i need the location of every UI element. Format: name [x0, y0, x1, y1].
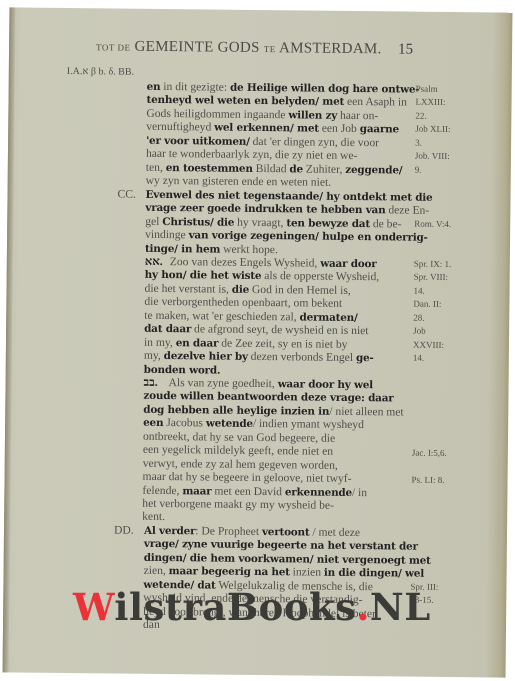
paragraph-cc: Evenwel des niet tegenstaande/ hy ontdek… [145, 188, 433, 258]
margin-reference: 9. [415, 163, 450, 177]
margin-reference: 14. [413, 352, 451, 366]
watermark-name: ilstraBooks [114, 585, 356, 629]
margin-reference: Job XLII: [415, 123, 450, 137]
section-marker: I.A.א β b. δ. BB. [67, 66, 134, 78]
paragraph-alef: Zoo van dezes Engels Wysheid, waar doorh… [169, 255, 380, 378]
margin-reference: Spr. IX: 1. [414, 258, 452, 272]
margin-reference: Spr. VIII: [414, 271, 452, 285]
margin-reference: 22. [415, 110, 450, 124]
margin-reference: Job. VIII: [415, 150, 450, 164]
margin-refs-bet: Jac. I:5,6.Ps. LI: 8. [411, 447, 446, 488]
margin-reference: Rom. V:4. [414, 218, 451, 232]
header-small-caps-2: TE [264, 44, 276, 54]
running-header: TOT DE GEMEINTE GODS TE AMSTERDAM. [96, 38, 382, 58]
page-number: 15 [398, 41, 413, 58]
margin-reference: Job [413, 325, 451, 339]
page-gutter [3, 7, 16, 672]
paragraph-aa: en in dit gezigte: de Heilige willen dog… [146, 80, 420, 190]
watermark-dot: . [357, 585, 370, 629]
margin-refs-cc: Rom. V:4. [414, 218, 451, 232]
margin-refs-alef: Spr. IX: 1.Spr. VIII:14.Dan. II:28.JobXX… [413, 258, 452, 366]
header-main-1: GEMEINTE GODS [134, 39, 259, 56]
label-bet: בב. [144, 376, 158, 389]
label-cc: CC. [117, 188, 136, 201]
margin-reference: 28. [413, 311, 451, 325]
header-main-2: AMSTERDAM. [279, 40, 382, 57]
margin-reference: XXVIII: [413, 338, 451, 352]
margin-reference: 14. [413, 285, 451, 299]
header-small-caps-1: TOT DE [96, 42, 131, 52]
margin-reference: Ps. LI: 8. [411, 474, 446, 488]
margin-reference: Jac. I:5,6. [412, 447, 447, 461]
watermark-initial: W [73, 585, 114, 629]
watermark-suffix: NL [370, 585, 431, 629]
book-page: TOT DE GEMEINTE GODS TE AMSTERDAM. 15 I.… [3, 7, 513, 677]
margin-refs-aa: PsalmLXXIII:22.Job XLII:3.Job. VIII:9. [415, 83, 451, 178]
label-alef: אא. [145, 255, 163, 268]
label-dd: DD. [114, 524, 134, 537]
margin-reference: LXXIII: [415, 96, 450, 110]
margin-reference: 3. [415, 136, 450, 150]
margin-reference: Psalm [416, 83, 451, 97]
margin-reference: Dan. II: [413, 298, 451, 312]
watermark-logo: WilstraBooks.NL [73, 585, 431, 629]
paragraph-bet: Als van zyne goedheit, waar door hy welz… [167, 376, 404, 526]
